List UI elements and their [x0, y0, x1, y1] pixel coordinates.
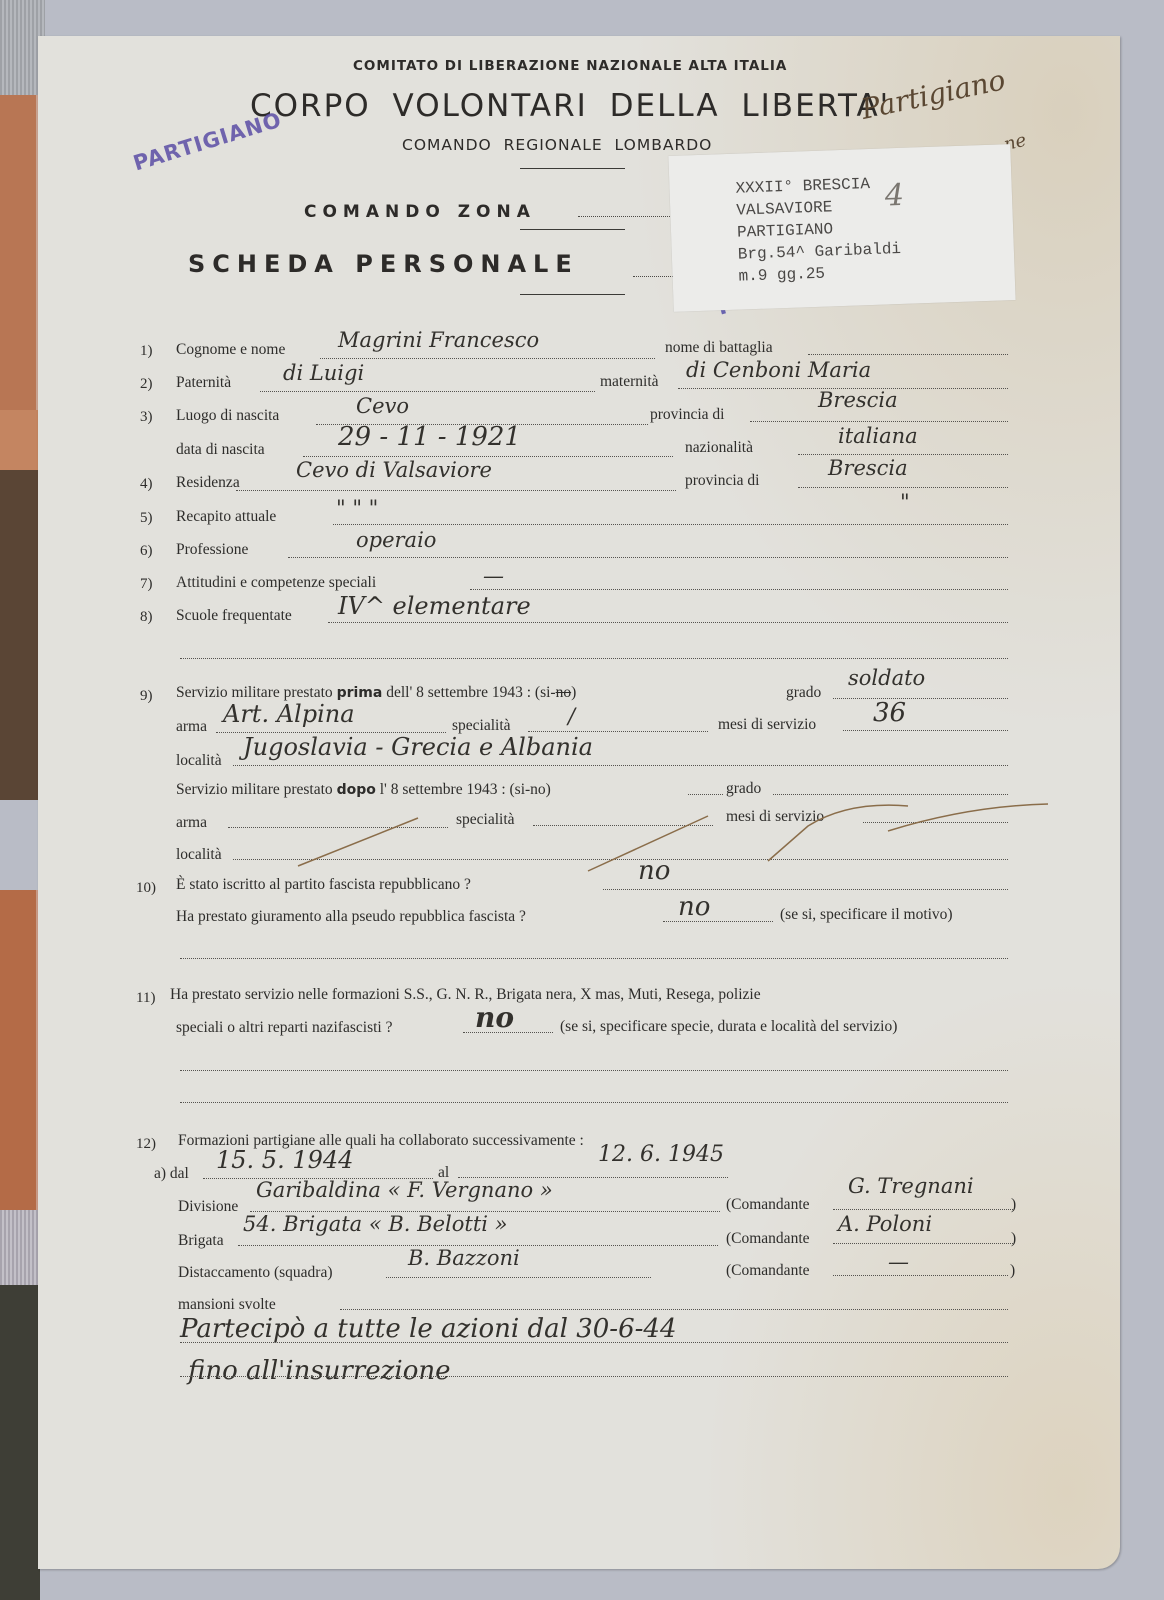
document-page: COMITATO DI LIBERAZIONE NAZIONALE ALTA I… — [38, 36, 1120, 1569]
zone-command-field[interactable] — [578, 216, 678, 217]
binder-band-bottom — [0, 1285, 40, 1600]
skills-value: — — [483, 564, 504, 588]
regional-command: COMANDO REGIONALE LOMBARDO — [402, 136, 712, 154]
detachment-value: B. Bazzoni — [408, 1246, 520, 1270]
binder-ribbon-bottom — [0, 1210, 40, 1285]
residence-province-label: provincia di — [685, 472, 759, 490]
birth-province-value: Brescia — [818, 388, 898, 412]
service-before-label-pre: Servizio militare prestato — [176, 684, 333, 701]
header-rule — [520, 168, 625, 169]
field-number: 12) — [136, 1136, 156, 1153]
field-number: 2) — [140, 376, 153, 393]
schools-field[interactable] — [328, 622, 1008, 623]
zone-command-label: COMANDO ZONA — [304, 202, 536, 222]
birthdate-field[interactable] — [303, 456, 673, 457]
nazifascist-details-field-1[interactable] — [180, 1070, 1008, 1071]
nazifascist-answer: no — [475, 1001, 514, 1034]
birthplace-label: Luogo di nascita — [176, 407, 279, 425]
nazifascist-note: (se si, specificare specie, durata e loc… — [560, 1018, 897, 1036]
residence-field[interactable] — [236, 490, 676, 491]
brigade-commander-label: (Comandante — [726, 1230, 810, 1248]
surname-name-value: Magrini Francesco — [338, 328, 539, 352]
duties-field-1[interactable] — [340, 1309, 1008, 1310]
brigade-label: Brigata — [178, 1232, 224, 1250]
arm-after-label: arma — [176, 814, 207, 832]
nationality-field[interactable] — [798, 454, 1008, 455]
birthdate-label: data di nascita — [176, 441, 265, 459]
zone-rule — [520, 229, 625, 230]
residence-province-value: Brescia — [828, 456, 908, 480]
brigade-commander-value: A. Poloni — [838, 1212, 932, 1236]
field-number: 9) — [140, 688, 153, 705]
rank-before-field[interactable] — [833, 698, 1008, 699]
division-commander-value: G. Tregnani — [848, 1174, 974, 1198]
fascist-party-question: È stato iscritto al partito fascista rep… — [176, 876, 471, 894]
nazifascist-details-field-2[interactable] — [180, 1102, 1008, 1103]
birth-province-label: provincia di — [650, 406, 724, 424]
fascist-party-answer: no — [638, 856, 670, 886]
brigade-commander-close: ) — [1011, 1230, 1016, 1248]
pencil-mark: 4 — [884, 178, 904, 214]
specialty-before-value: / — [568, 704, 575, 728]
maternity-label: maternità — [600, 373, 659, 391]
detachment-commander-close: ) — [1010, 1262, 1015, 1280]
duties-field-3[interactable] — [180, 1376, 1008, 1377]
brigade-value: 54. Brigata « B. Belotti » — [243, 1212, 508, 1236]
paternity-label: Paternità — [176, 374, 231, 392]
birthdate-value: 29 - 11 - 1921 — [338, 422, 521, 452]
arm-before-label: arma — [176, 718, 207, 736]
typed-label-text: XXXII° BRESCIA VALSAVIORE PARTIGIANO Brg… — [735, 172, 902, 288]
service-before-no-struck: no — [556, 684, 572, 701]
binder-cover-upper — [0, 95, 42, 410]
place-before-label: località — [176, 752, 222, 770]
schools-extra-line[interactable] — [180, 658, 1008, 659]
binder-band-dark — [0, 470, 40, 800]
division-commander-close: ) — [1011, 1196, 1016, 1214]
current-address-value: " " " — [336, 496, 378, 520]
field-number: 3) — [140, 409, 153, 426]
duties-label: mansioni svolte — [178, 1296, 276, 1314]
field-number: 8) — [140, 609, 153, 626]
oath-question: Ha prestato giuramento alla pseudo repub… — [176, 908, 526, 926]
months-before-value: 36 — [873, 698, 906, 728]
label-line-duration: m.9 gg.25 — [738, 260, 902, 288]
division-label: Divisione — [178, 1198, 238, 1216]
brigade-commander-field[interactable] — [833, 1243, 1013, 1244]
skills-field[interactable] — [470, 589, 1008, 590]
field-number: 6) — [140, 543, 153, 560]
from-date-label: a) dal — [154, 1165, 189, 1183]
profession-label: Professione — [176, 541, 248, 559]
battle-name-field[interactable] — [808, 354, 1008, 355]
form-title: SCHEDA PERSONALE — [188, 250, 579, 278]
residence-value: Cevo di Valsaviore — [296, 458, 492, 482]
place-after-label: località — [176, 846, 222, 864]
schools-value: IV^ elementare — [338, 592, 531, 620]
current-address-label: Recapito attuale — [176, 508, 276, 526]
profession-field[interactable] — [288, 557, 1008, 558]
rank-before-value: soldato — [848, 666, 925, 690]
residence-province-field[interactable] — [798, 487, 1008, 488]
division-commander-label: (Comandante — [726, 1196, 810, 1214]
arm-before-value: Art. Alpina — [223, 700, 355, 728]
typed-label-card: XXXII° BRESCIA VALSAVIORE PARTIGIANO Brg… — [668, 144, 1015, 312]
residence-label: Residenza — [176, 474, 240, 492]
nationality-label: nazionalità — [685, 439, 753, 457]
detachment-label: Distaccamento (squadra) — [178, 1264, 333, 1282]
service-before-close: ) — [571, 684, 576, 701]
division-value: Garibaldina « F. Vergnano » — [256, 1178, 553, 1202]
nazifascist-question-line1: Ha prestato servizio nelle formazioni S.… — [170, 986, 761, 1004]
from-date-value: 15. 5. 1944 — [216, 1146, 353, 1174]
skills-label: Attitudini e competenze speciali — [176, 574, 376, 592]
fascist-party-field[interactable] — [603, 889, 1008, 890]
field-number: 4) — [140, 476, 153, 493]
surname-name-label: Cognome e nome — [176, 341, 285, 359]
service-before-label-post: dell' 8 settembre 1943 : (si- — [386, 684, 555, 701]
surname-name-field[interactable] — [320, 358, 655, 359]
place-before-field[interactable] — [233, 765, 1008, 766]
birthplace-value: Cevo — [356, 394, 409, 418]
service-before-bold: prima — [337, 685, 383, 701]
oath-answer: no — [678, 892, 710, 922]
duties-value-line1: Partecipò a tutte le azioni dal 30-6-44 — [180, 1314, 677, 1344]
specialty-before-field[interactable] — [528, 731, 708, 732]
paternity-field[interactable] — [260, 391, 595, 392]
detachment-commander-value: — — [888, 1250, 909, 1274]
partigiano-stamp: PARTIGIANO — [130, 108, 284, 176]
rank-before-label: grado — [786, 684, 821, 702]
profession-value: operaio — [356, 528, 436, 552]
division-commander-field[interactable] — [833, 1209, 1013, 1210]
binder-band — [0, 410, 40, 470]
maternity-value: di Cenboni Maria — [686, 358, 871, 382]
place-before-value: Jugoslavia - Grecia e Albania — [243, 733, 593, 761]
detachment-commander-label: (Comandante — [726, 1262, 810, 1280]
detachment-commander-field[interactable] — [833, 1275, 1008, 1276]
birth-province-field[interactable] — [750, 421, 1008, 422]
field-number: 10) — [136, 880, 156, 897]
field-number: 7) — [140, 576, 153, 593]
current-address-field[interactable] — [333, 524, 1008, 525]
field-number: 11) — [136, 990, 155, 1007]
committee-heading: COMITATO DI LIBERAZIONE NAZIONALE ALTA I… — [353, 58, 787, 74]
current-address-value-ditto: " — [900, 490, 910, 514]
nationality-value: italiana — [838, 424, 918, 448]
oath-reason-field[interactable] — [180, 958, 1008, 959]
duties-value-line2: fino all'insurrezione — [188, 1356, 450, 1386]
battle-name-label: nome di battaglia — [665, 339, 773, 357]
schools-label: Scuole frequentate — [176, 607, 292, 625]
duties-field-2[interactable] — [180, 1342, 1008, 1343]
to-date-value: 12. 6. 1945 — [598, 1142, 724, 1167]
months-before-label: mesi di servizio — [718, 716, 816, 734]
handwritten-partigiano: Partigiano — [858, 63, 1008, 126]
field-number: 5) — [140, 510, 153, 527]
corps-title: CORPO VOLONTARI DELLA LIBERTA' — [250, 88, 890, 124]
title-rule — [520, 294, 625, 295]
paternity-value: di Luigi — [283, 361, 364, 385]
nazifascist-question-line2: speciali o altri reparti nazifascisti ? — [176, 1019, 392, 1037]
months-before-field[interactable] — [843, 730, 1008, 731]
binder-cover-lower — [0, 890, 42, 1210]
field-number: 1) — [140, 343, 153, 360]
oath-note: (se si, specificare il motivo) — [780, 906, 953, 924]
detachment-field[interactable] — [386, 1277, 651, 1278]
